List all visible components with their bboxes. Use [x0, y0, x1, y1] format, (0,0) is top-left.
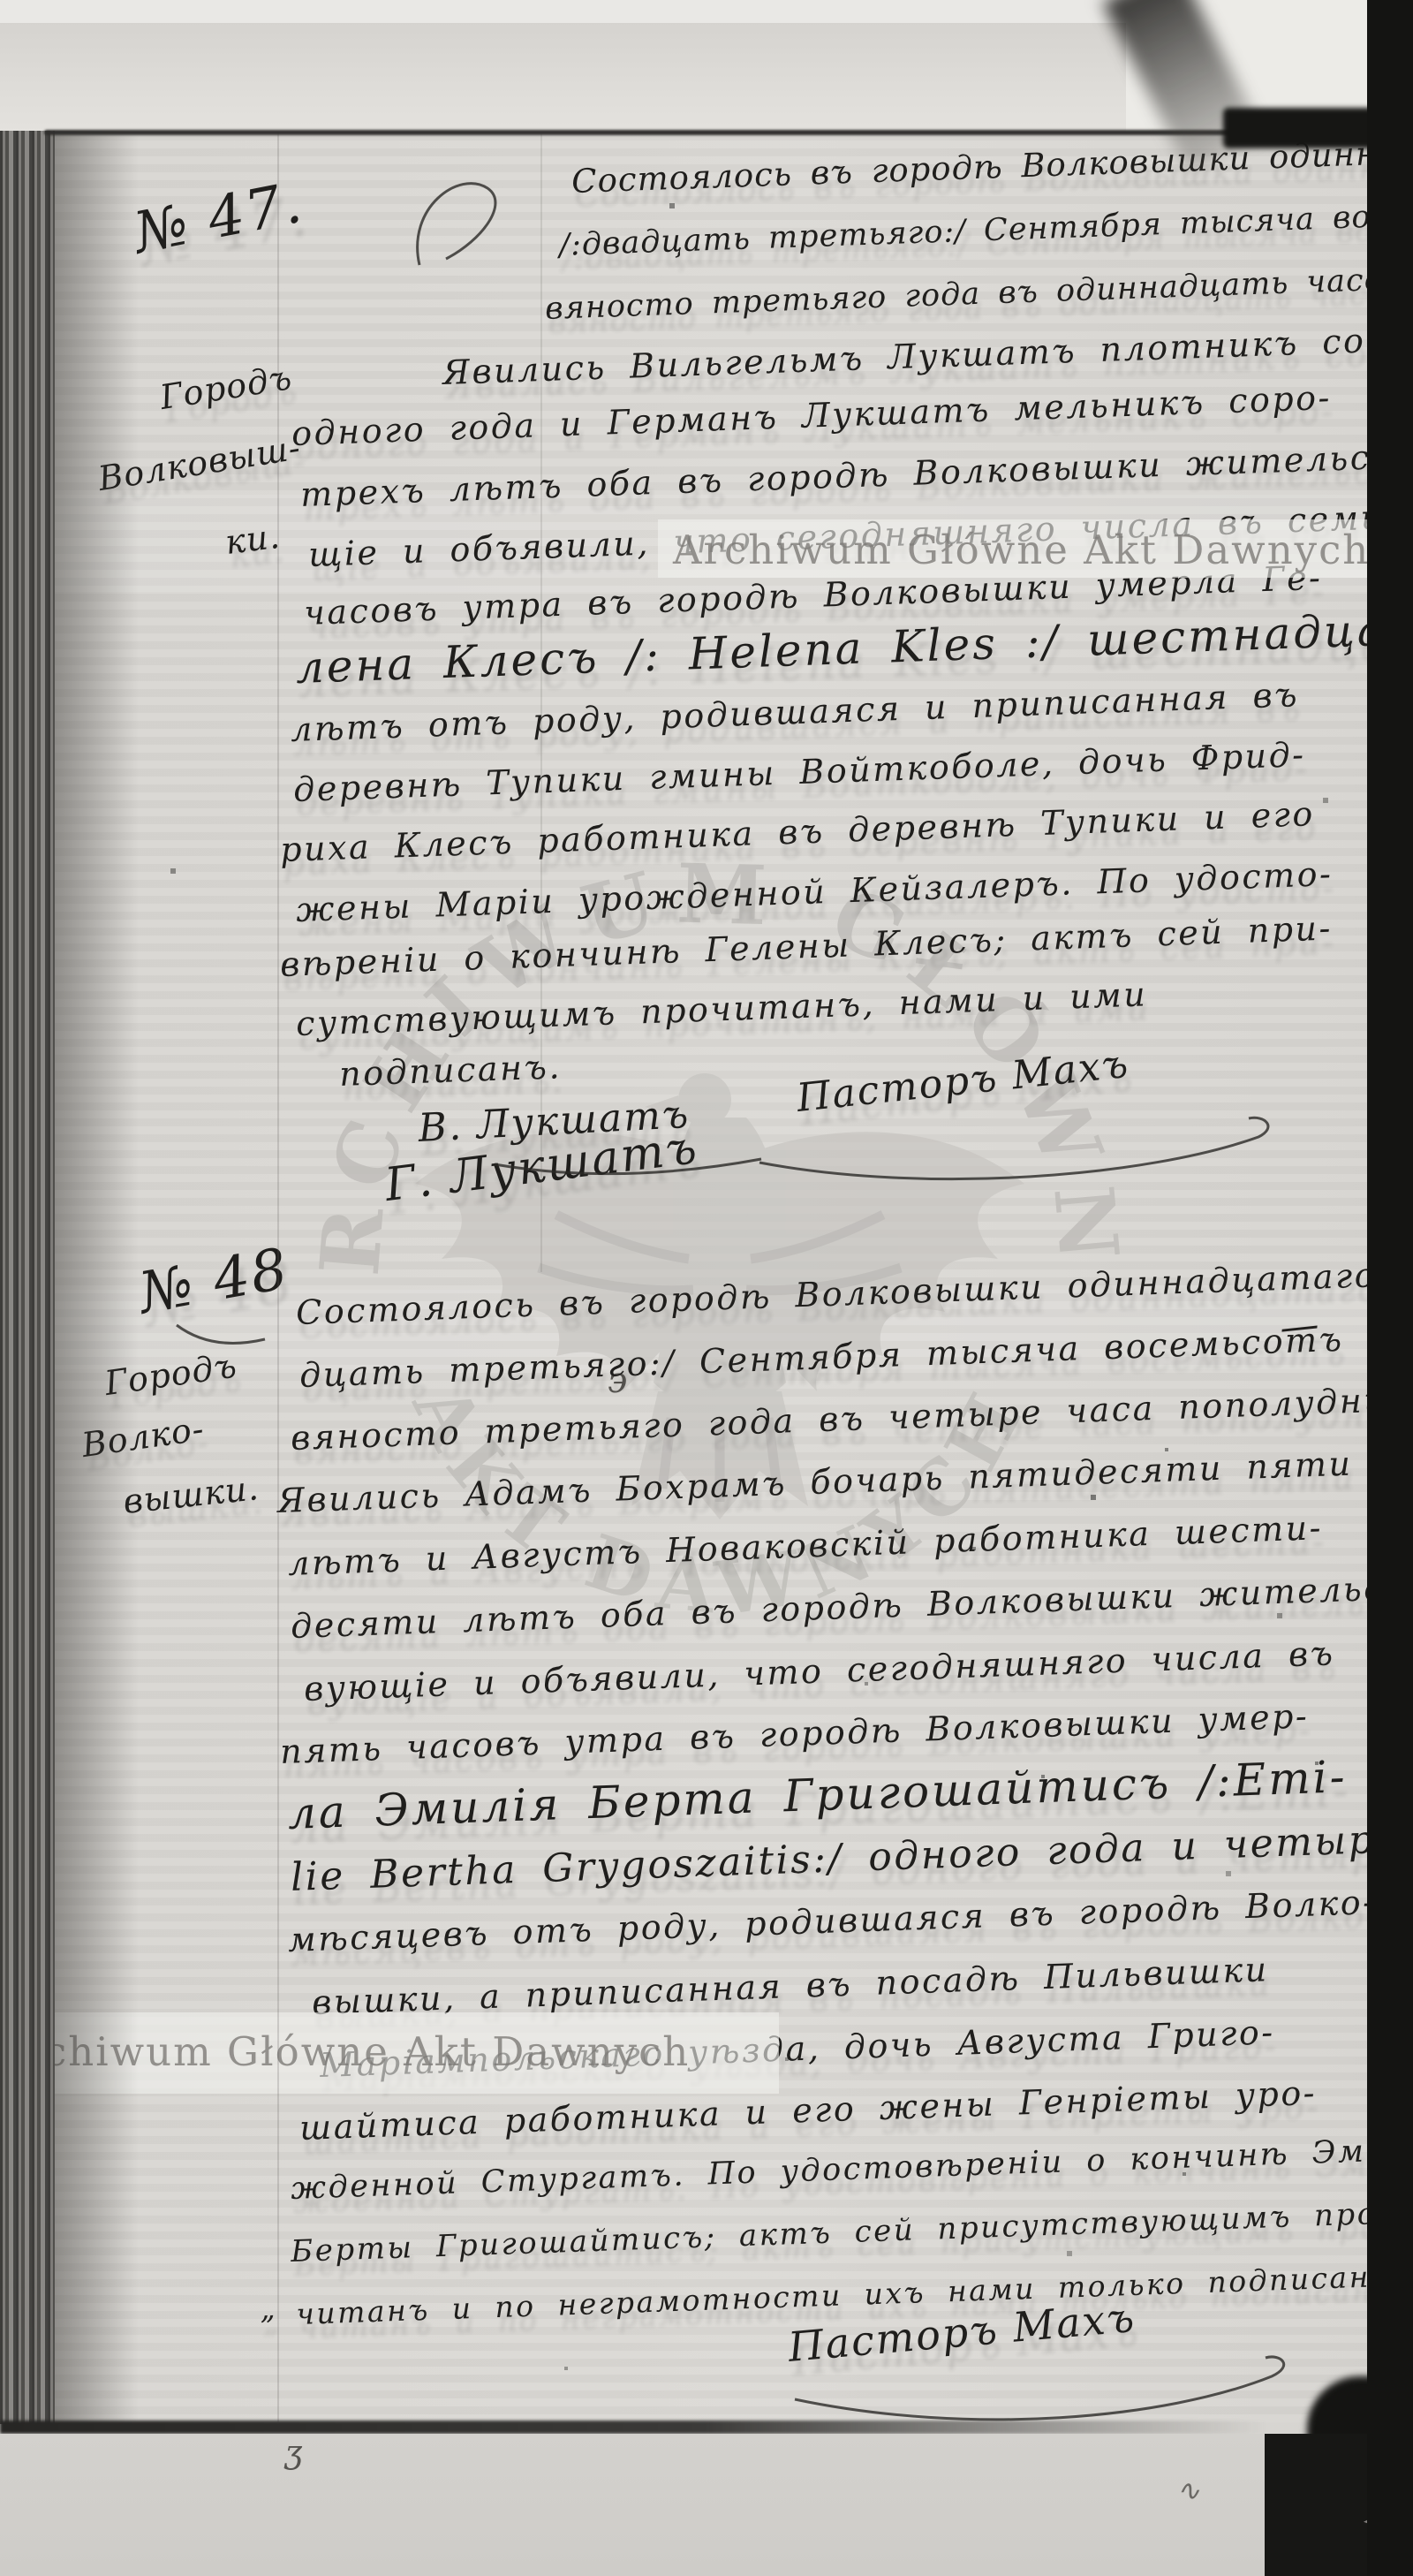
- continuation-mark: „: [260, 2291, 278, 2326]
- page-corner-shadow-bar: [1223, 108, 1378, 148]
- pencil-curl-mark: ʒ: [284, 2435, 302, 2471]
- book-spine: [0, 131, 55, 2424]
- dust-specks: [0, 0, 2, 2]
- margin-rule-line: [277, 133, 279, 2422]
- record-text-line: подписанъ.: [338, 1047, 562, 1094]
- page-fold-line: [540, 133, 542, 1272]
- pencil-squiggle-mark: ∿: [1176, 2474, 1200, 2507]
- book-spine-shadow: [55, 131, 139, 2424]
- watermark-band-text: Archiwum Główne Akt Dawnych: [673, 527, 1370, 573]
- archival-scan-page: ARCHIWUM GŁÓWNE AKT DAWNYCH № 47. Городъ…: [0, 0, 1413, 2576]
- under-page-area: [0, 2434, 1413, 2576]
- entry-47-margin-place: ки.: [223, 517, 283, 562]
- page-bottom-edge: [0, 2421, 1281, 2434]
- filler-dash: —: [1278, 1301, 1324, 1351]
- background-right-edge: [1367, 0, 1413, 2576]
